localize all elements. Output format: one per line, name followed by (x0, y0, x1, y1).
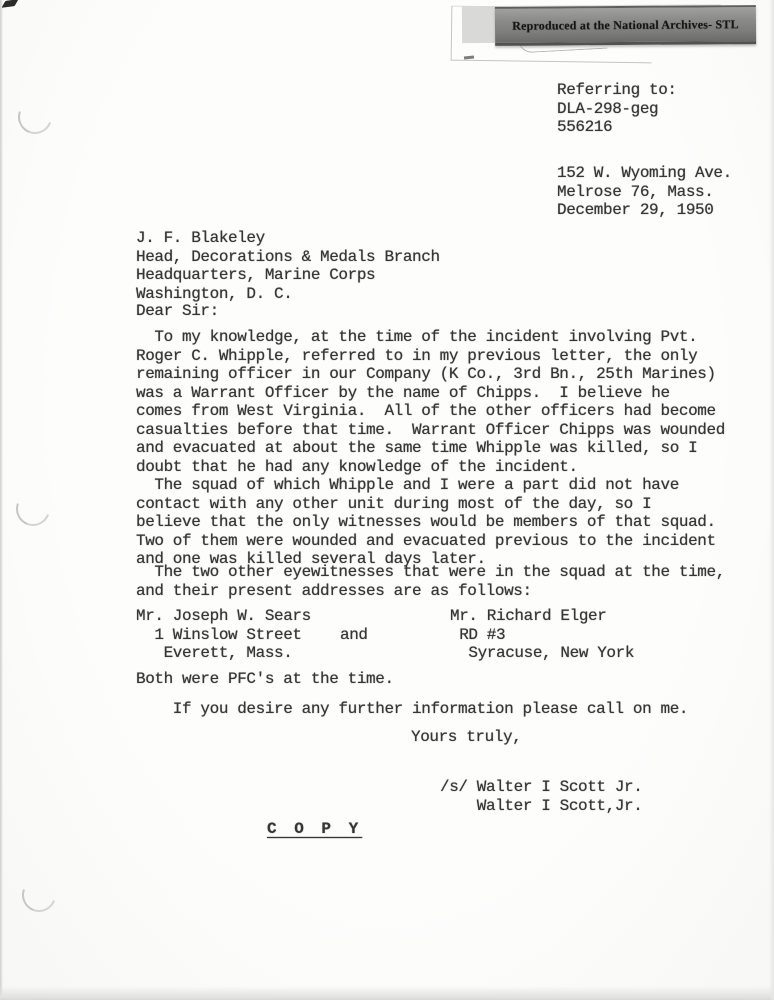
archives-stamp: Reproduced at the National Archives- STL (495, 5, 756, 46)
copy-label: C O P Y (267, 820, 362, 839)
witness-address-left: Mr. Joseph W. Sears 1 Winslow Street Eve… (136, 607, 311, 663)
scan-edge-right (769, 0, 774, 1000)
sender-address-date-block: 152 W. Wyoming Ave. Melrose 76, Mass. De… (557, 164, 732, 220)
body-paragraph-1: To my knowledge, at the time of the inci… (136, 328, 725, 476)
hole-punch-mark (16, 872, 61, 917)
body-paragraph-3: The two other eyewitnesses that were in … (136, 563, 725, 600)
scan-edge-left (0, 0, 3, 1000)
body-paragraph-2: The squad of which Whipple and I were a … (136, 476, 716, 569)
reference-block: Referring to: DLA-298-geg 556216 (557, 81, 677, 137)
witness-address-right: Mr. Richard Elger RD #3 Syracuse, New Yo… (450, 607, 634, 663)
scanned-letter-page: Reproduced at the National Archives- STL… (0, 0, 774, 1000)
archives-stamp-text: Reproduced at the National Archives- STL (512, 17, 739, 34)
witness-connector: and (340, 626, 368, 645)
valediction: Yours truly, (411, 728, 521, 747)
scan-edge-bottom (0, 986, 774, 1000)
signature-block: /s/ Walter I Scott Jr. Walter I Scott,Jr… (440, 778, 642, 815)
salutation: Dear Sir: (136, 302, 219, 321)
hole-punch-mark (10, 486, 55, 531)
hole-punch-mark (12, 94, 57, 139)
recipient-address-block: J. F. Blakeley Head, Decorations & Medal… (136, 229, 440, 303)
scan-corner-mark (2, 0, 19, 8)
pfc-note: Both were PFC's at the time. (136, 670, 394, 689)
closing-line: If you desire any further information pl… (136, 700, 688, 719)
